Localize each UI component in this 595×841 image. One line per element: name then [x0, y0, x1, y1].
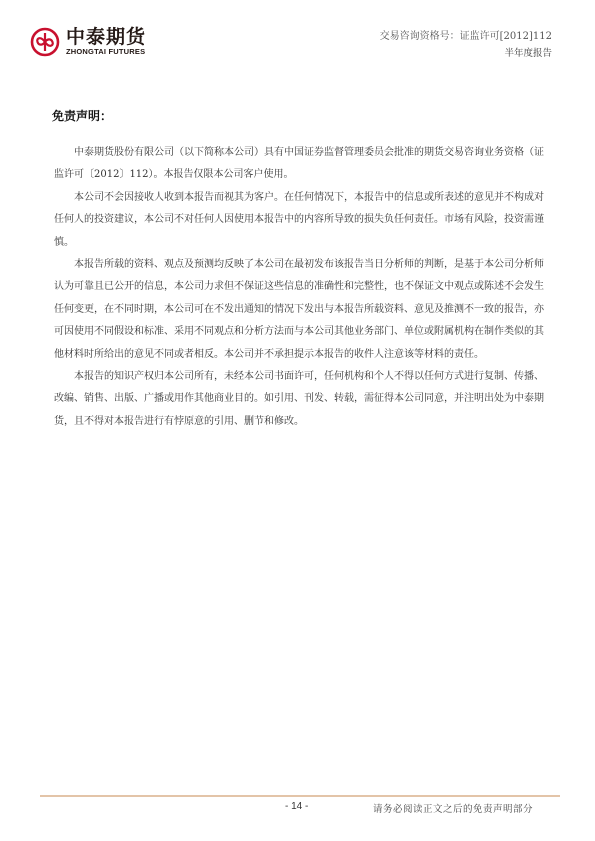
report-type: 半年度报告	[380, 46, 552, 62]
footer-note: 请务必阅读正文之后的免责声明部分	[373, 801, 533, 815]
footer-divider	[40, 795, 560, 797]
logo-english-name: ZHONGTAI FUTURES	[66, 47, 146, 57]
disclaimer-paragraph: 本报告所载的资料、观点及预测均反映了本公司在最初发布该报告当日分析师的判断，是基…	[54, 254, 544, 366]
disclaimer-paragraph: 本报告的知识产权归本公司所有，未经本公司书面许可，任何机构和个人不得以任何方式进…	[54, 366, 544, 433]
disclaimer-title: 免责声明：	[52, 107, 112, 124]
header-info: 交易咨询资格号：证监许可[2012]112 半年度报告	[380, 30, 552, 62]
disclaimer-body: 中泰期货股份有限公司（以下简称本公司）具有中国证券监督管理委员会批准的期货交易咨…	[54, 142, 544, 433]
disclaimer-paragraph: 本公司不会因接收人收到本报告而视其为客户。在任何情况下，本报告中的信息或所表述的…	[54, 187, 544, 254]
zhongtai-logo-icon	[30, 27, 60, 57]
qualification-number: 交易咨询资格号：证监许可[2012]112	[380, 30, 552, 44]
disclaimer-paragraph: 中泰期货股份有限公司（以下简称本公司）具有中国证券监督管理委员会批准的期货交易咨…	[54, 142, 544, 187]
page-number: - 14 -	[285, 801, 308, 812]
company-logo: 中泰期货 ZHONGTAI FUTURES	[30, 27, 146, 57]
logo-chinese-name: 中泰期货	[66, 27, 146, 47]
